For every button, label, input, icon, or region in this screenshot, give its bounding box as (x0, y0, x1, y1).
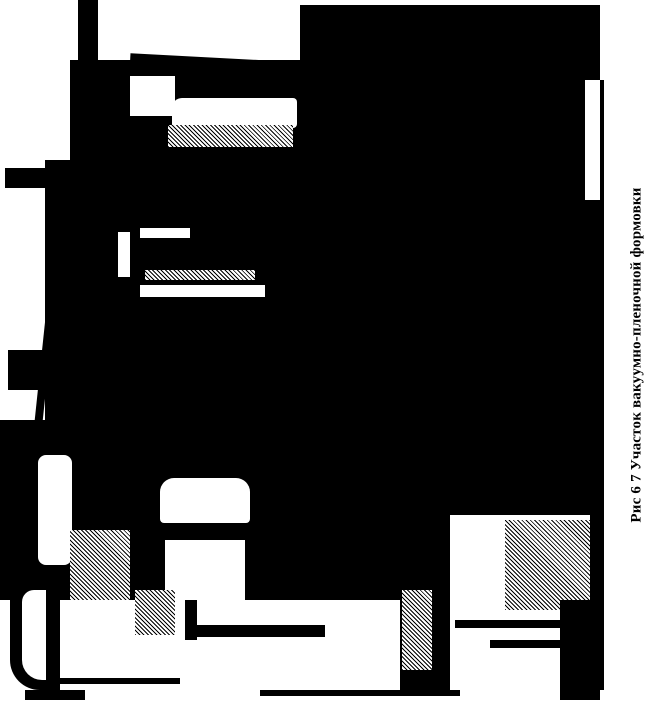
figure-caption: Рис 6 7 Участок вакуумно-пленочной формо… (629, 187, 646, 522)
figure-photograph (0, 0, 620, 707)
